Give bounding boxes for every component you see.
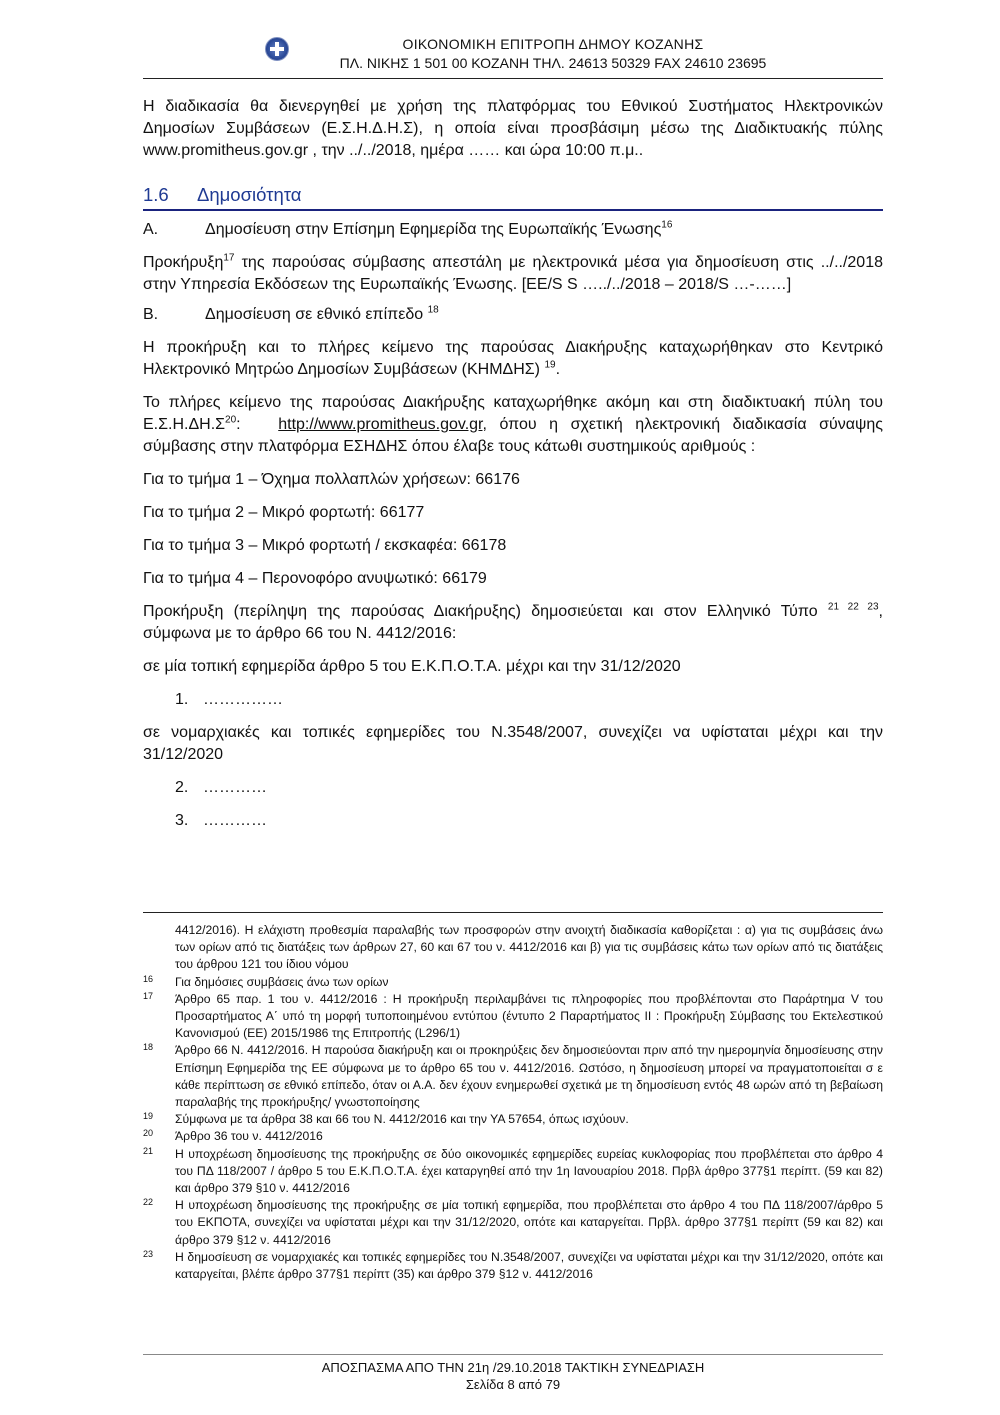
section-number: 1.6	[143, 184, 197, 206]
footnote-ref[interactable]: 19	[544, 360, 555, 371]
footnote-ref[interactable]: 17	[223, 253, 234, 264]
footnote-continuation: 4412/2016). Η ελάχιστη προθεσμία παραλαβ…	[143, 922, 883, 974]
list-item: 1.……………	[143, 689, 883, 711]
section-title: Δημοσιότητα	[197, 184, 302, 205]
promitheus-link[interactable]: http://www.promitheus.gov.gr	[278, 416, 482, 433]
lot-item: Για το τμήμα 1 – Όχημα πολλαπλών χρήσεων…	[143, 469, 883, 491]
footnote: 22Η υποχρέωση δημοσίευσης της προκήρυξης…	[143, 1197, 883, 1249]
footnote: 17Άρθρο 65 παρ. 1 του ν. 4412/2016 : Η π…	[143, 991, 883, 1043]
lot-item: Για το τμήμα 3 – Μικρό φορτωτή / εκσκαφέ…	[143, 535, 883, 557]
footnote-refs[interactable]: 21 22 23	[828, 602, 879, 613]
subheading-a: Α.Δημοσίευση στην Επίσημη Εφημερίδα της …	[143, 219, 883, 241]
lot-item: Για το τμήμα 2 – Μικρό φορτωτή: 66177	[143, 502, 883, 524]
list-item: 3.…………	[143, 810, 883, 832]
footnote-ref[interactable]: 16	[661, 220, 672, 231]
footnote-ref[interactable]: 18	[428, 305, 439, 316]
footnote: 19Σύμφωνα με τα άρθρα 38 και 66 του Ν. 4…	[143, 1111, 883, 1128]
intro-paragraph: Η διαδικασία θα διενεργηθεί με χρήση της…	[143, 96, 883, 162]
page-header: ΟΙΚΟΝΟΜΙΚΗ ΕΠΙΤΡΟΠΗ ΔΗΜΟΥ ΚΟΖΑΝΗΣ ΠΛ. ΝΙ…	[143, 36, 883, 79]
header-org-name: ΟΙΚΟΝΟΜΙΚΗ ΕΠΙΤΡΟΠΗ ΔΗΜΟΥ ΚΟΖΑΝΗΣ	[143, 36, 883, 52]
subheading-b-label: Β.	[143, 304, 205, 326]
paragraph-esidis: Το πλήρες κείμενο της παρούσας Διακήρυξη…	[143, 392, 883, 458]
list-item: 2.…………	[143, 777, 883, 799]
footnote: 23Η δημοσίευση σε νομαρχιακές και τοπικέ…	[143, 1249, 883, 1283]
paragraph-eu-publication: Προκήρυξη17 της παρούσας σύμβασης απεστά…	[143, 252, 883, 296]
footnote: 18Άρθρο 66 Ν. 4412/2016. Η παρούσα διακή…	[143, 1042, 883, 1111]
lot-item: Για το τμήμα 4 – Περονοφόρο ανυψωτικό: 6…	[143, 568, 883, 590]
footnote: 16Για δημόσιες συμβάσεις άνω των ορίων	[143, 974, 883, 991]
subheading-a-title: Δημοσίευση στην Επίσημη Εφημερίδα της Ευ…	[205, 221, 661, 238]
document-body: Η διαδικασία θα διενεργηθεί με χρήση της…	[143, 96, 883, 832]
paragraph-kimdis: Η προκήρυξη και το πλήρες κείμενο της πα…	[143, 337, 883, 381]
footnote: 20Άρθρο 36 του ν. 4412/2016	[143, 1128, 883, 1145]
footer-meeting-info: ΑΠΟΣΠΑΣΜΑ ΑΠΟ ΤΗΝ 21η /29.10.2018 ΤΑΚΤΙΚ…	[143, 1359, 883, 1376]
paragraph-local-newspaper: σε μία τοπική εφημερίδα άρθρο 5 του Ε.Κ.…	[143, 656, 883, 678]
page-number: Σελίδα 8 από 79	[143, 1376, 883, 1393]
footnote-ref[interactable]: 20	[225, 415, 236, 426]
header-address: ΠΛ. ΝΙΚΗΣ 1 501 00 ΚΟΖΑΝΗ ΤΗΛ. 24613 503…	[143, 55, 883, 71]
footnotes: 4412/2016). Η ελάχιστη προθεσμία παραλαβ…	[143, 922, 883, 1283]
subheading-b-title: Δημοσίευση σε εθνικό επίπεδο	[205, 306, 428, 323]
page-footer: ΑΠΟΣΠΑΣΜΑ ΑΠΟ ΤΗΝ 21η /29.10.2018 ΤΑΚΤΙΚ…	[143, 1354, 883, 1393]
footnote: 21Η υποχρέωση δημοσίευσης της προκήρυξης…	[143, 1146, 883, 1198]
subheading-a-label: Α.	[143, 219, 205, 241]
section-heading: 1.6Δημοσιότητα	[143, 184, 883, 211]
paragraph-regional-newspapers: σε νομαρχιακές και τοπικές εφημερίδες το…	[143, 722, 883, 766]
footnote-separator	[143, 912, 883, 913]
subheading-b: Β.Δημοσίευση σε εθνικό επίπεδο 18	[143, 304, 883, 326]
paragraph-press: Προκήρυξη (περίληψη της παρούσας Διακήρυ…	[143, 601, 883, 645]
